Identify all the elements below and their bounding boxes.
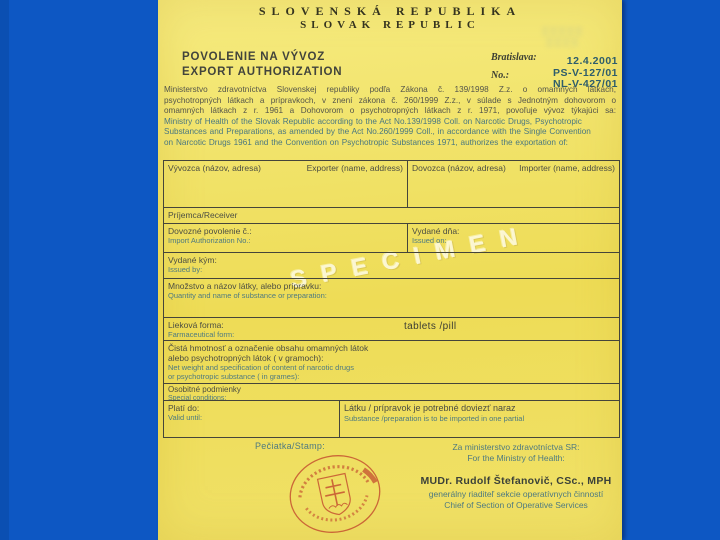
- quantity-label-en: Quantity and name of substance or prepar…: [168, 291, 615, 300]
- intro-sk-line: omamných látkach z r. 1961 a Dohovorom o…: [164, 106, 616, 117]
- import-once-label-en: Substance /preparation is to be imported…: [344, 414, 615, 423]
- document-title: POVOLENIE NA VÝVOZ EXPORT AUTHORIZATION: [182, 50, 342, 80]
- intro-en-line: Substances and Preparations, as amended …: [164, 127, 616, 138]
- net-weight-label-sk2: alebo psychotropných látok ( v gramoch):: [168, 353, 615, 363]
- valid-until-label-sk: Platí do:: [168, 403, 335, 413]
- cell-receiver: Príjemca/Receiver: [164, 208, 619, 223]
- slide-background: SLOVENSKÁ REPUBLIKA SLOVAK REPUBLIC ▒▒▒▒…: [0, 0, 720, 540]
- form-table: Vývozca (názov, adresa) Exporter (name, …: [163, 160, 620, 438]
- cell-issued-on: Vydané dňa: Issued on:: [407, 224, 619, 252]
- import-once-label-sk: Látku / prípravok je potrebné doviezť na…: [344, 403, 615, 414]
- cell-issued-by: Vydané kým: Issued by:: [164, 253, 619, 278]
- scanned-document: SLOVENSKÁ REPUBLIKA SLOVAK REPUBLIC ▒▒▒▒…: [158, 0, 622, 540]
- document-title-en: EXPORT AUTHORIZATION: [182, 65, 342, 80]
- row-import-authorization: Dovozné povolenie č.: Import Authorizati…: [164, 223, 619, 252]
- import-auth-label-sk: Dovozné povolenie č.:: [168, 226, 403, 236]
- net-weight-label-en1: Net weight and specification of content …: [168, 363, 615, 372]
- row-special-conditions: Osobitné podmienky Special conditions:: [164, 383, 619, 400]
- exporter-label-en: Exporter (name, address): [307, 163, 403, 173]
- cell-import-once: Látku / prípravok je potrebné doviezť na…: [339, 401, 619, 437]
- issued-on-label-sk: Vydané dňa:: [412, 226, 615, 236]
- cell-pharmaceutical-form: Lieková forma: Farmaceutical form: table…: [164, 318, 619, 340]
- number-label: No.:: [491, 70, 509, 81]
- importer-label-sk: Dovozca (názov, adresa): [412, 163, 506, 173]
- signature-block: Za ministerstvo zdravotníctva SR: For th…: [410, 442, 622, 510]
- receiver-label: Príjemca/Receiver: [168, 210, 615, 220]
- issued-by-label-sk: Vydané kým:: [168, 255, 615, 265]
- ministry-line-sk: Za ministerstvo zdravotníctva SR:: [410, 442, 622, 453]
- row-exporter-importer: Vývozca (názov, adresa) Exporter (name, …: [164, 161, 619, 207]
- cell-special-conditions: Osobitné podmienky Special conditions:: [164, 384, 619, 400]
- ministry-line-en: For the Ministry of Health:: [410, 453, 622, 464]
- cell-importer: Dovozca (názov, adresa) Importer (name, …: [407, 161, 619, 207]
- form-label-en: Farmaceutical form:: [168, 330, 615, 339]
- intro-en-line: on Narcotic Drugs 1961 and the Conventio…: [164, 138, 616, 149]
- row-validity: Platí do: Valid until: Látku / prípravok…: [164, 400, 619, 437]
- cell-import-authorization: Dovozné povolenie č.: Import Authorizati…: [164, 224, 407, 252]
- exporter-label-sk: Vývozca (názov, adresa): [168, 163, 261, 173]
- quantity-label-sk: Množstvo a názov látky, alebo prípravku:: [168, 281, 615, 291]
- intro-en-line: Ministry of Health of the Slovak Republi…: [164, 117, 616, 128]
- cell-quantity: Množstvo a názov látky, alebo prípravku:…: [164, 279, 619, 317]
- signatory-title-en: Chief of Section of Operative Services: [410, 500, 622, 511]
- cell-net-weight: Čistá hmotnosť a označenie obsahu omamný…: [164, 341, 619, 383]
- valid-until-label-en: Valid until:: [168, 413, 335, 422]
- left-edge-strip: [0, 0, 9, 540]
- round-red-stamp: [284, 448, 386, 540]
- intro-sk-line: Ministerstvo zdravotníctva Slovenskej re…: [164, 85, 616, 96]
- issued-on-label-en: Issued on:: [412, 236, 615, 245]
- intro-sk-line: psychotropných látkach a prípravkoch, v …: [164, 96, 616, 107]
- row-receiver: Príjemca/Receiver: [164, 207, 619, 223]
- signatory-name: MUDr. Rudolf Štefanovič, CSc., MPH: [410, 475, 622, 487]
- cell-exporter: Vývozca (názov, adresa) Exporter (name, …: [164, 161, 407, 207]
- net-weight-label-en2: or psychotropic substance ( in grames):: [168, 372, 615, 381]
- special-conditions-label-sk: Osobitné podmienky: [168, 386, 615, 395]
- row-quantity: Množstvo a názov látky, alebo prípravku:…: [164, 278, 619, 317]
- importer-label-en: Importer (name, address): [519, 163, 615, 173]
- issued-by-label-en: Issued by:: [168, 265, 615, 274]
- net-weight-label-sk1: Čistá hmotnosť a označenie obsahu omamný…: [168, 343, 615, 353]
- issue-date: 12.4.2001: [518, 56, 618, 68]
- signatory-title-sk: generálny riaditeľ sekcie operatívnych č…: [410, 489, 622, 500]
- form-label-sk: Lieková forma:: [168, 320, 615, 330]
- cell-valid-until: Platí do: Valid until:: [164, 401, 339, 437]
- form-value-typed: tablets /pill: [404, 321, 456, 332]
- import-auth-label-en: Import Authorization No.:: [168, 236, 403, 245]
- document-title-sk: POVOLENIE NA VÝVOZ: [182, 50, 342, 65]
- country-name-sk: SLOVENSKÁ REPUBLIKA: [158, 4, 622, 19]
- intro-paragraph: Ministerstvo zdravotníctva Slovenskej re…: [164, 85, 616, 149]
- row-issued-by: Vydané kým: Issued by:: [164, 252, 619, 278]
- row-net-weight: Čistá hmotnosť a označenie obsahu omamný…: [164, 340, 619, 383]
- row-pharmaceutical-form: Lieková forma: Farmaceutical form: table…: [164, 317, 619, 340]
